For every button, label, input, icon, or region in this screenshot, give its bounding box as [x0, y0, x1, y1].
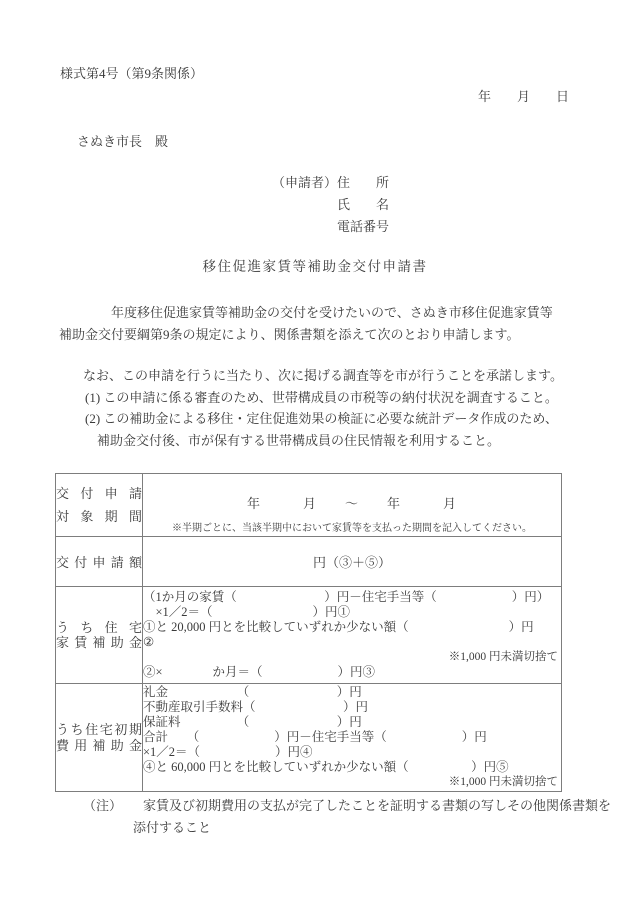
rent-subsidy-header: うち住宅 家賃補助金 — [56, 587, 143, 684]
initial-cost-header-line-2: 費用補助金 — [56, 738, 142, 754]
date-line: 年 月 日 — [478, 86, 569, 105]
consent-item-2-continued: 補助金交付後、市が保有する世帯構成員の住民情報を利用すること。 — [59, 430, 574, 452]
applicant-name-line: 氏 名 — [337, 194, 389, 216]
rent-calc-cell: （1か月の家賃（ ）円－住宅手当等（ ）円） ×1／2＝（ ）円① ①と 20,… — [143, 587, 562, 684]
rent-subsidy-row: うち住宅 家賃補助金 （1か月の家賃（ ）円－住宅手当等（ ）円） ×1／2＝（… — [56, 587, 562, 684]
footer-note-line-1: （注） 家賃及び初期費用の支払が完了したことを証明する書類の写しその他関係書類を — [83, 795, 611, 817]
rent-calc-line-1: （1か月の家賃（ ）円－住宅手当等（ ）円） — [143, 590, 561, 605]
intro-line-1: 年度移住促進家賃等補助金の交付を受けたいので、さぬき市移住促進家賃等 — [59, 302, 571, 324]
initial-cost-row: うち住宅初期 費用補助金 礼金 （ ）円 不動産取引手数料（ ）円 保証料 （ … — [56, 684, 562, 792]
initial-calc-line-2: 不動産取引手数料（ ）円 — [143, 700, 561, 715]
initial-calc-line-1: 礼金 （ ）円 — [143, 685, 561, 700]
applicant-prefix: （申請者） — [272, 175, 337, 190]
amount-header: 交付申請額 — [56, 537, 143, 587]
period-note: ※半期ごとに、当該半期中において家賃等を支払った期間を記入してください。 — [143, 519, 561, 534]
applicant-address-label: 住 所 — [337, 175, 389, 190]
applicant-phone-line: 電話番号 — [337, 216, 389, 238]
applicant-address-line: （申請者）住 所 — [272, 172, 389, 194]
period-value: 年 月 ～ 年 月 — [143, 493, 561, 512]
applicant-block: （申請者）住 所 氏 名 電話番号 — [272, 172, 389, 238]
rent-rounding-note: ※1,000 円未満切捨て — [143, 650, 561, 665]
footer-note-text: 家賃及び初期費用の支払が完了したことを証明する書類の写しその他関係書類を — [143, 795, 611, 817]
initial-cost-header: うち住宅初期 費用補助金 — [56, 684, 143, 792]
rent-calc-line-2: ×1／2＝（ ）円① — [143, 605, 561, 620]
consent-item-1: (1) この申請に係る審査のため、世帯構成員の市税等の納付状況を調査すること。 — [59, 387, 574, 409]
addressee-mayor: さぬき市長 殿 — [77, 131, 168, 150]
initial-rounding-note: ※1,000 円未満切捨て — [143, 775, 561, 790]
period-header-line-1: 交付申請 — [56, 482, 142, 505]
consent-paragraph: なお、この申請を行うに当たり、次に掲げる調査等を市が行うことを承諾します。 (1… — [59, 365, 574, 451]
amount-row: 交付申請額 円（③＋⑤） — [56, 537, 562, 587]
period-header: 交付申請 対象期間 — [56, 474, 143, 537]
consent-lead: なお、この申請を行うに当たり、次に掲げる調査等を市が行うことを承諾します。 — [59, 365, 574, 387]
intro-paragraph: 年度移住促進家賃等補助金の交付を受けたいので、さぬき市移住促進家賃等 補助金交付… — [59, 302, 571, 346]
initial-calc-line-3: 保証料 （ ）円 — [143, 715, 561, 730]
consent-item-2: (2) この補助金による移住・定住促進効果の検証に必要な統計データ作成のため、 — [59, 408, 574, 430]
intro-line-2: 補助金交付要綱第9条の規定により、関係書類を添えて次のとおり申請します。 — [59, 324, 571, 346]
period-header-line-2: 対象期間 — [56, 505, 142, 528]
initial-calc-line-6: ④と 60,000 円とを比較していずれか少ない額（ ）円⑤ — [143, 760, 561, 775]
rent-calc-line-6: ②× か月＝（ ）円③ — [143, 665, 561, 680]
amount-value: 円（③＋⑤） — [143, 537, 562, 587]
initial-calc-cell: 礼金 （ ）円 不動産取引手数料（ ）円 保証料 （ ）円 合計 （ ）円－住宅… — [143, 684, 562, 792]
application-form-page: 様式第4号（第9条関係） 年 月 日 さぬき市長 殿 （申請者）住 所 氏 名 … — [0, 0, 630, 903]
footer-note-line-2: 添付すること — [133, 817, 611, 839]
rent-subsidy-header-line-1: うち住宅 — [56, 620, 142, 636]
document-title: 移住促進家賃等補助金交付申請書 — [0, 255, 630, 275]
application-table: 交付申請 対象期間 年 月 ～ 年 月 ※半期ごとに、当該半期中において家賃等を… — [55, 473, 562, 792]
footer-note: （注） 家賃及び初期費用の支払が完了したことを証明する書類の写しその他関係書類を… — [83, 795, 611, 838]
period-row: 交付申請 対象期間 年 月 ～ 年 月 ※半期ごとに、当該半期中において家賃等を… — [56, 474, 562, 537]
form-number: 様式第4号（第9条関係） — [60, 63, 203, 82]
rent-calc-line-4: ② — [143, 635, 561, 650]
initial-calc-line-4: 合計 （ ）円－住宅手当等（ ）円 — [143, 730, 561, 745]
footer-note-label: （注） — [83, 795, 122, 817]
initial-cost-header-line-1: うち住宅初期 — [56, 722, 142, 738]
initial-calc-line-5: ×1／2＝（ ）円④ — [143, 745, 561, 760]
rent-calc-line-3: ①と 20,000 円とを比較していずれか少ない額（ ）円 — [143, 620, 561, 635]
amount-header-label: 交付申請額 — [56, 552, 142, 571]
period-value-cell: 年 月 ～ 年 月 ※半期ごとに、当該半期中において家賃等を支払った期間を記入し… — [143, 474, 562, 537]
rent-subsidy-header-line-2: 家賃補助金 — [56, 635, 142, 651]
